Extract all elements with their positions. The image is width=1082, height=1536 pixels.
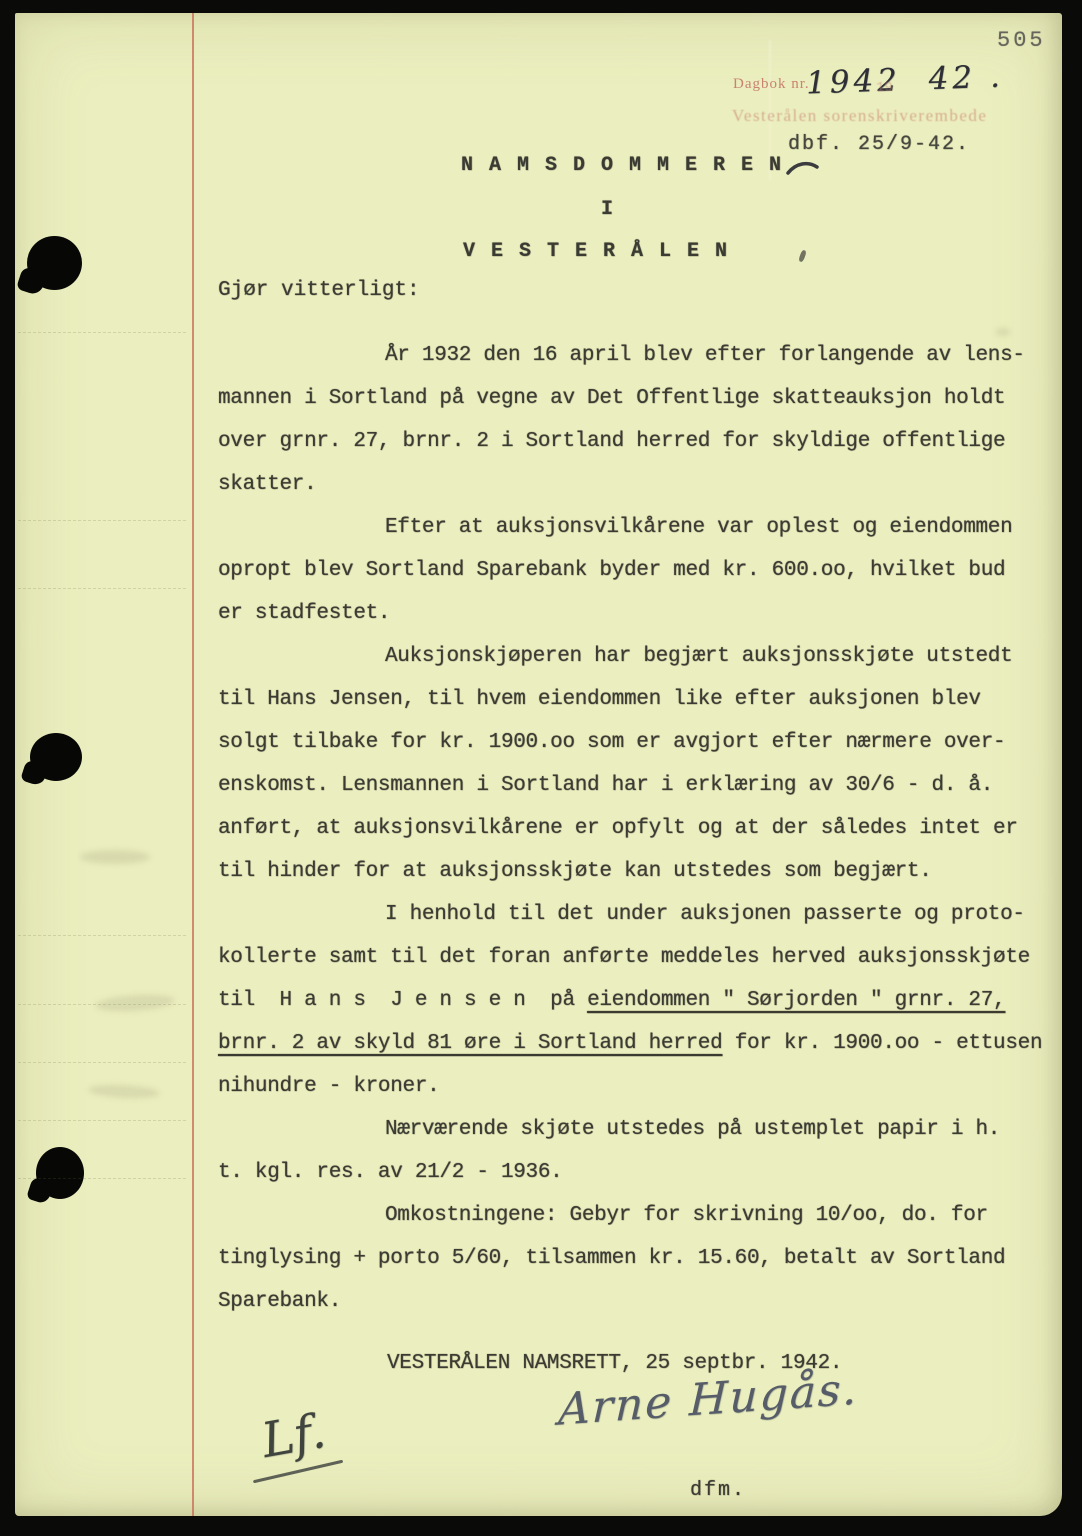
text-run: er stadfestet. (218, 602, 390, 625)
text-run: Sparebank. (218, 1290, 341, 1313)
text-run: enskomst. Lensmannen i Sortland har i er… (218, 774, 993, 797)
document-line: Sparebank. (218, 1280, 1050, 1323)
document-title-line1: N A M S D O M M E R E N (461, 154, 783, 177)
bleed-through-line (18, 1062, 186, 1063)
document-line: skatter. (218, 463, 1050, 506)
stamp-printed-year: 19 (876, 80, 893, 96)
document-line: I henhold til det under auksjonen passer… (218, 893, 1050, 936)
journal-year: 42 . (928, 59, 1004, 98)
bleed-through-line (18, 1178, 186, 1179)
text-run: mannen i Sortland på vegne av Det Offent… (218, 387, 1005, 410)
document-line: opropt blev Sortland Sparebank byder med… (218, 549, 1050, 592)
document-line: anført, at auksjonsvilkårene er opfylt o… (218, 807, 1050, 850)
document-line: tinglysing + porto 5/60, tilsammen kr. 1… (218, 1237, 1050, 1280)
bleed-through-line (18, 1120, 186, 1121)
punch-hole-top (27, 236, 82, 290)
document-line: kollerte samt til det foran anførte medd… (218, 936, 1050, 979)
document-line: enskomst. Lensmannen i Sortland har i er… (218, 764, 1050, 807)
text-run: Omkostningene: Gebyr for skrivning 10/oo… (385, 1204, 988, 1227)
bleed-through-line (18, 332, 186, 333)
scanned-document-page: 505 Dagbok nr. 1942 42 . 19 Vesterålen s… (0, 0, 1082, 1536)
signature-role: dfm. (690, 1479, 746, 1502)
document-line: er stadfestet. (218, 592, 1050, 635)
text-run: tinglysing + porto 5/60, tilsammen kr. 1… (218, 1247, 1005, 1270)
punch-hole-middle (30, 733, 82, 781)
punch-hole-bottom (36, 1147, 84, 1199)
document-body: År 1932 den 16 april blev efter forlange… (218, 334, 1050, 1323)
document-line: solgt tilbake for kr. 1900.oo som er avg… (218, 721, 1050, 764)
text-run: for kr. 1900.oo - ettusen (722, 1032, 1042, 1055)
office-stamp-text: Vesterålen sorenskriverembede (732, 106, 987, 126)
text-run: anført, at auksjonsvilkårene er opfylt o… (218, 817, 1018, 840)
handwritten-tick-mark (786, 160, 820, 178)
page-number: 505 (997, 28, 1046, 53)
document-line: Auksjonskjøperen har begjært auksjonsskj… (218, 635, 1050, 678)
paper-smudge (80, 850, 150, 864)
salutation: Gjør vitterligt: (218, 279, 420, 302)
document-line: over grnr. 27, brnr. 2 i Sortland herred… (218, 420, 1050, 463)
document-title-line3: V E S T E R Å L E N (463, 240, 729, 263)
document-line: nihundre - kroner. (218, 1065, 1050, 1108)
text-run: kollerte samt til det foran anførte medd… (218, 946, 1030, 969)
document-title-line2: I (601, 198, 615, 221)
document-line: År 1932 den 16 april blev efter forlange… (218, 334, 1050, 377)
underlined-phrase: brnr. 2 av skyld 81 øre i Sortland herre… (218, 1032, 722, 1055)
text-run: til H a n s J e n s e n på (218, 989, 587, 1012)
clerk-initials: Lf. (258, 1403, 330, 1469)
text-run: nihundre - kroner. (218, 1075, 439, 1098)
text-run: Auksjonskjøperen har begjært auksjonsskj… (385, 645, 1012, 668)
document-line: t. kgl. res. av 21/2 - 1936. (218, 1151, 1050, 1194)
text-run: Efter at auksjonsvilkårene var oplest og… (385, 516, 1012, 539)
text-run: Nærværende skjøte utstedes på ustemplet … (385, 1118, 1000, 1141)
document-line: til Hans Jensen, til hvem eiendommen lik… (218, 678, 1050, 721)
stamp-received-line: dbf. 25/9-42. (788, 133, 970, 156)
document-line: brnr. 2 av skyld 81 øre i Sortland herre… (218, 1022, 1050, 1065)
document-line: Nærværende skjøte utstedes på ustemplet … (218, 1108, 1050, 1151)
bleed-through-line (18, 520, 186, 521)
text-run: solgt tilbake for kr. 1900.oo som er avg… (218, 731, 1005, 754)
text-run: opropt blev Sortland Sparebank byder med… (218, 559, 1005, 582)
text-run: til Hans Jensen, til hvem eiendommen lik… (218, 688, 981, 711)
document-line: til hinder for at auksjonsskjøte kan uts… (218, 850, 1050, 893)
document-line: Omkostningene: Gebyr for skrivning 10/oo… (218, 1194, 1050, 1237)
text-run: skatter. (218, 473, 316, 496)
text-run: til hinder for at auksjonsskjøte kan uts… (218, 860, 932, 883)
document-line: til H a n s J e n s e n på eiendommen " … (218, 979, 1050, 1022)
bleed-through-line (18, 588, 186, 589)
bleed-through-line (18, 935, 186, 936)
text-run: År 1932 den 16 april blev efter forlange… (385, 344, 1025, 367)
document-line: mannen i Sortland på vegne av Det Offent… (218, 377, 1050, 420)
handwritten-journal-number: 1942 42 . (805, 59, 1004, 102)
margin-rule-line (192, 13, 194, 1516)
text-run: I henhold til det under auksjonen passer… (385, 903, 1025, 926)
document-line: Efter at auksjonsvilkårene var oplest og… (218, 506, 1050, 549)
text-run: t. kgl. res. av 21/2 - 1936. (218, 1161, 562, 1184)
text-run: over grnr. 27, brnr. 2 i Sortland herred… (218, 430, 1005, 453)
underlined-phrase: eiendommen " Sørjorden " grnr. 27, (587, 989, 1005, 1012)
stamp-dagbok-label: Dagbok nr. (733, 76, 810, 93)
